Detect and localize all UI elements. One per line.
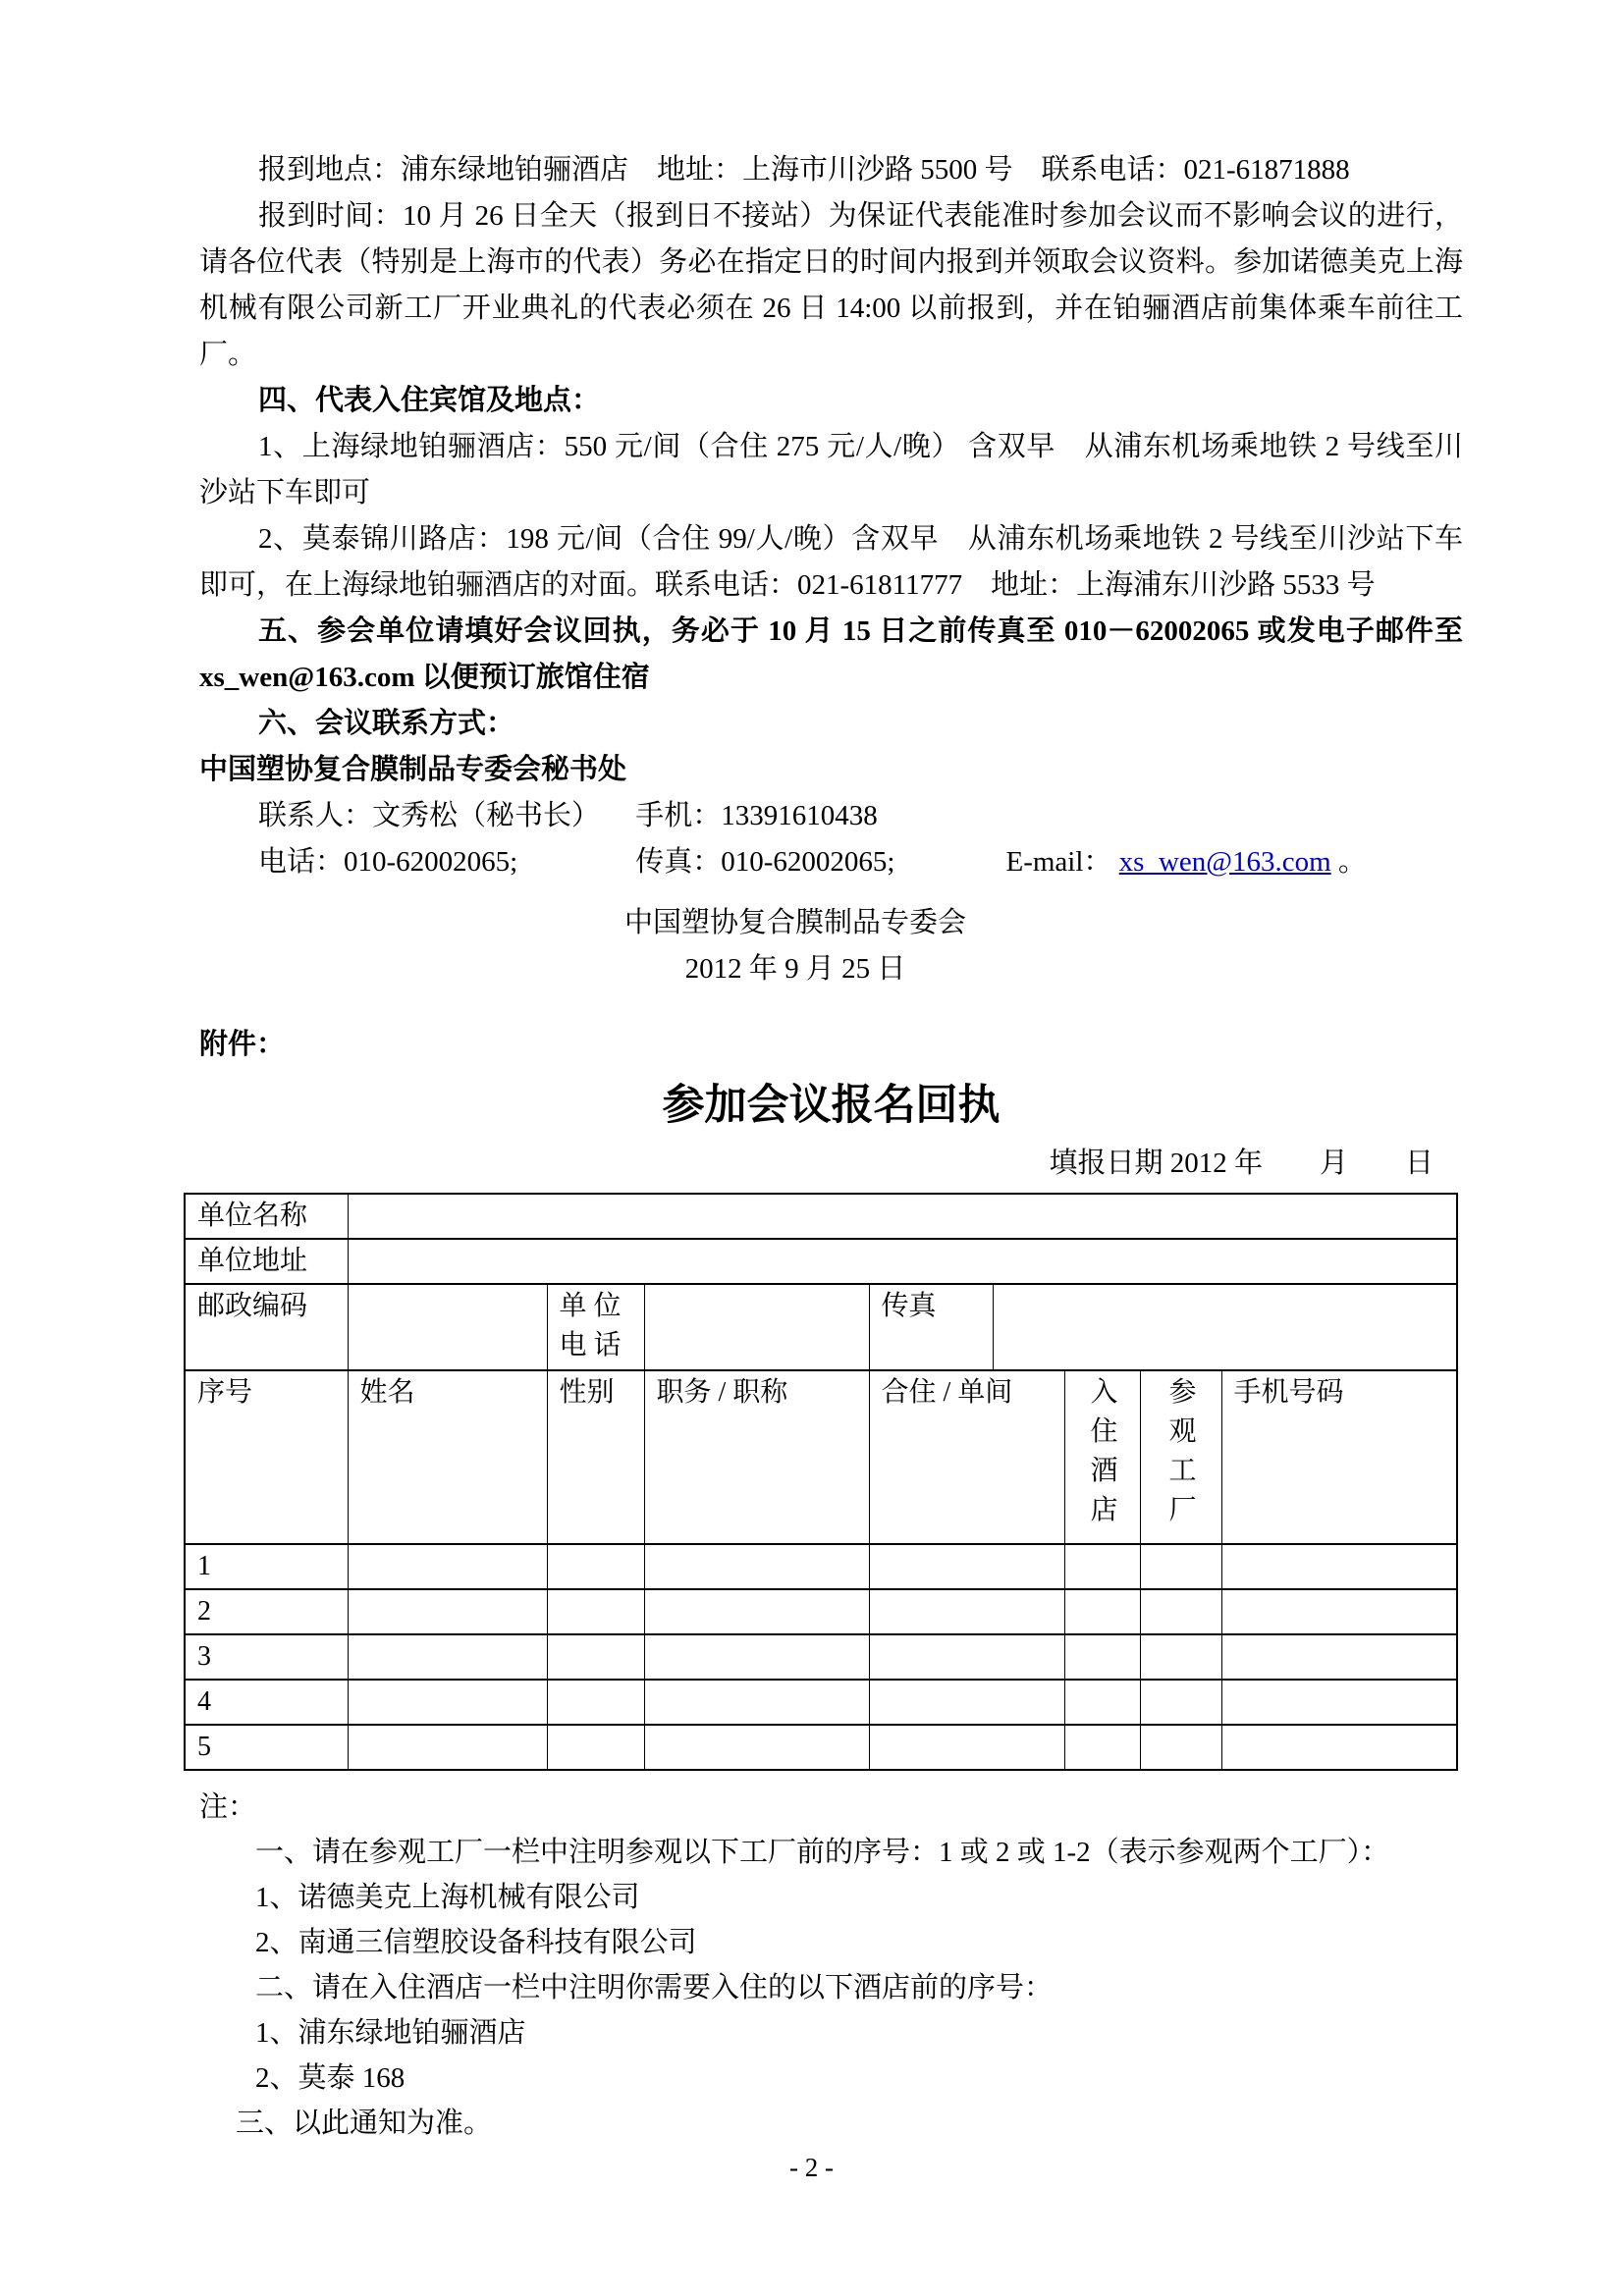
unit-name-value-cell: [348, 1194, 1457, 1239]
cell-empty: [869, 1680, 1064, 1725]
column-header-factory: 参 观 工 厂: [1140, 1370, 1221, 1544]
cell-empty: [1221, 1544, 1457, 1589]
cell-empty: [547, 1725, 644, 1770]
notes-label: 注：: [199, 1785, 1463, 1830]
row-postcode-tel-fax: 邮政编码 单 位 电 话 传真: [185, 1284, 1457, 1370]
cell-empty: [1064, 1589, 1140, 1634]
cell-empty: [547, 1589, 644, 1634]
column-header-room: 合住 / 单间: [869, 1370, 1064, 1544]
table-row: 3: [185, 1634, 1457, 1680]
page-number: - 2 -: [0, 2145, 1623, 2191]
paragraph-hotel-1: 1、上海绿地铂骊酒店：550 元/间（合住 275 元/人/晚） 含双早 从浦东…: [199, 424, 1463, 516]
cell-empty: [348, 1634, 547, 1680]
table-row: 4: [185, 1680, 1457, 1725]
secretariat-name: 中国塑协复合膜制品专委会秘书处: [199, 747, 1463, 793]
cell-empty: [348, 1725, 547, 1770]
contact-email-label: E-mail：: [1006, 846, 1112, 878]
unit-name-label: 单位名称: [185, 1194, 348, 1239]
heading-section-4: 四、代表入住宾馆及地点：: [199, 378, 1463, 424]
contact-person: 联系人：文秀松（秘书长）: [258, 793, 628, 839]
postcode-value-cell: [348, 1284, 547, 1370]
contact-mobile: 手机：13391610438: [635, 800, 878, 831]
table-row: 1: [185, 1544, 1457, 1589]
cell-empty: [1221, 1634, 1457, 1680]
cell-empty: [869, 1589, 1064, 1634]
cell-empty: [1221, 1589, 1457, 1634]
cell-empty: [1140, 1589, 1221, 1634]
contact-email-link[interactable]: xs_wen@163.com: [1119, 846, 1331, 878]
signature-date: 2012 年 9 月 25 日: [589, 946, 1001, 992]
row-number: 2: [185, 1589, 348, 1634]
cell-empty: [547, 1634, 644, 1680]
note-item: 1、诺德美克上海机械有限公司: [199, 1875, 1463, 1920]
fax-label: 传真: [869, 1284, 993, 1370]
row-number: 5: [185, 1725, 348, 1770]
cell-empty: [644, 1634, 869, 1680]
fill-date-line: 填报日期 2012 年 月 日: [199, 1141, 1463, 1187]
cell-empty: [869, 1634, 1064, 1680]
contact-fax: 传真：010-62002065;: [635, 839, 999, 885]
table-row: 2: [185, 1589, 1457, 1634]
cell-empty: [644, 1589, 869, 1634]
contact-telephone: 电话：010-62002065;: [258, 839, 628, 885]
attachment-title: 参加会议报名回执: [199, 1076, 1463, 1137]
cell-empty: [644, 1725, 869, 1770]
heading-section-6: 六、会议联系方式：: [199, 701, 1463, 747]
signature-organization: 中国塑协复合膜制品专委会: [589, 900, 1001, 946]
unit-telephone-label: 单 位 电 话: [547, 1284, 644, 1370]
cell-empty: [644, 1544, 869, 1589]
column-header-mobile: 手机号码: [1221, 1370, 1457, 1544]
column-header-title: 职务 / 职称: [644, 1370, 869, 1544]
document-content: 报到地点：浦东绿地铂骊酒店 地址：上海市川沙路 5500 号 联系电话：021-…: [199, 147, 1463, 2146]
registration-form-table: 单位名称 单位地址 邮政编码 单 位 电 话 传真 序号 姓名 性别 职务 / …: [184, 1193, 1458, 1771]
cell-empty: [1064, 1544, 1140, 1589]
cell-empty: [1140, 1725, 1221, 1770]
row-number: 3: [185, 1634, 348, 1680]
document-page: 报到地点：浦东绿地铂骊酒店 地址：上海市川沙路 5500 号 联系电话：021-…: [0, 0, 1623, 2296]
cell-empty: [348, 1544, 547, 1589]
cell-empty: [547, 1544, 644, 1589]
cell-empty: [1140, 1634, 1221, 1680]
column-header-hotel: 入 住 酒 店: [1064, 1370, 1140, 1544]
table-row: 5: [185, 1725, 1457, 1770]
cell-empty: [348, 1680, 547, 1725]
column-header-seq: 序号: [185, 1370, 348, 1544]
row-unit-address: 单位地址: [185, 1239, 1457, 1284]
note-item: 1、浦东绿地铂骊酒店: [199, 2010, 1463, 2056]
cell-empty: [1064, 1680, 1140, 1725]
cell-empty: [869, 1544, 1064, 1589]
note-item: 2、南通三信塑胶设备科技有限公司: [199, 1920, 1463, 1965]
cell-empty: [1221, 1680, 1457, 1725]
paragraph-section-5: 五、参会单位请填好会议回执，务必于 10 月 15 日之前传真至 010－620…: [199, 609, 1463, 701]
unit-address-label: 单位地址: [185, 1239, 348, 1284]
row-number: 1: [185, 1544, 348, 1589]
note-item: 三、以此通知为准。: [199, 2101, 1463, 2146]
unit-address-value-cell: [348, 1239, 1457, 1284]
unit-telephone-value-cell: [644, 1284, 869, 1370]
note-item: 一、请在参观工厂一栏中注明参观以下工厂前的序号：1 或 2 或 1-2（表示参观…: [199, 1830, 1463, 1875]
paragraph-hotel-2: 2、莫泰锦川路店：198 元/间（合住 99/人/晚）含双早 从浦东机场乘地铁 …: [199, 516, 1463, 609]
cell-empty: [1140, 1680, 1221, 1725]
row-unit-name: 单位名称: [185, 1194, 1457, 1239]
cell-empty: [644, 1680, 869, 1725]
paragraph-registration-place: 报到地点：浦东绿地铂骊酒店 地址：上海市川沙路 5500 号 联系电话：021-…: [199, 147, 1463, 193]
contact-person-line: 联系人：文秀松（秘书长） 手机：13391610438: [199, 793, 1463, 839]
cell-empty: [1064, 1634, 1140, 1680]
cell-empty: [1064, 1725, 1140, 1770]
cell-empty: [547, 1680, 644, 1725]
contact-phone-line: 电话：010-62002065; 传真：010-62002065; E-mail…: [199, 839, 1463, 885]
table-header-row: 序号 姓名 性别 职务 / 职称 合住 / 单间 入 住 酒 店 参 观 工 厂…: [185, 1370, 1457, 1544]
postcode-label: 邮政编码: [185, 1284, 348, 1370]
notes-section: 注： 一、请在参观工厂一栏中注明参观以下工厂前的序号：1 或 2 或 1-2（表…: [199, 1785, 1463, 2146]
row-number: 4: [185, 1680, 348, 1725]
signature-block: 中国塑协复合膜制品专委会 2012 年 9 月 25 日: [589, 900, 1001, 992]
column-header-gender: 性别: [547, 1370, 644, 1544]
cell-empty: [1221, 1725, 1457, 1770]
cell-empty: [348, 1589, 547, 1634]
paragraph-registration-time: 报到时间：10 月 26 日全天（报到日不接站）为保证代表能准时参加会议而不影响…: [199, 193, 1463, 378]
fax-value-cell: [993, 1284, 1457, 1370]
contact-email-period: 。: [1338, 846, 1367, 878]
cell-empty: [1140, 1544, 1221, 1589]
attachment-label: 附件：: [199, 1022, 1463, 1068]
note-item: 二、请在入住酒店一栏中注明你需要入住的以下酒店前的序号：: [199, 1965, 1463, 2010]
cell-empty: [869, 1725, 1064, 1770]
column-header-name: 姓名: [348, 1370, 547, 1544]
note-item: 2、莫泰 168: [199, 2056, 1463, 2101]
